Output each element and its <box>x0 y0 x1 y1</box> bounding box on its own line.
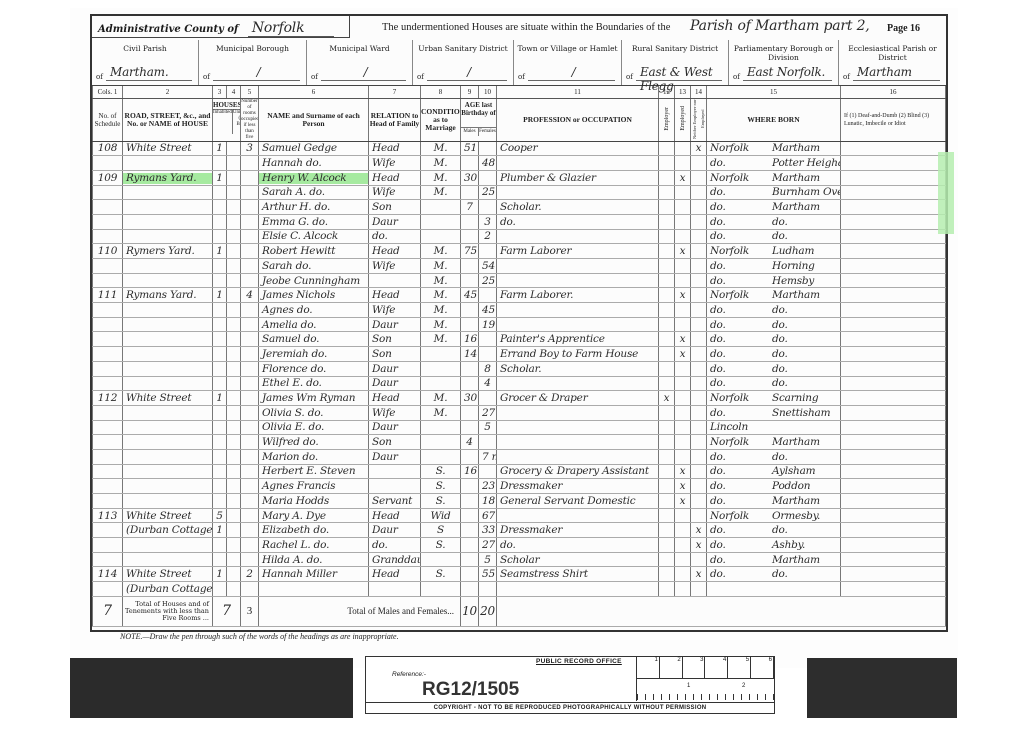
infirmity-cell <box>841 244 946 259</box>
inhabited-cell <box>213 332 227 347</box>
road-cell: White Street <box>123 567 213 582</box>
total-persons-label: Total of Males and Females... <box>259 596 461 626</box>
road-cell: Rymans Yard. <box>123 288 213 303</box>
employer-cell <box>659 494 675 509</box>
name-cell: Hannah do. <box>259 156 369 171</box>
occupation-cell <box>497 185 659 200</box>
neither-cell <box>691 332 707 347</box>
born-place: Aylsham <box>772 465 815 477</box>
rooms-cell <box>241 435 259 450</box>
road-cell <box>123 303 213 318</box>
infirmity-cell <box>841 156 946 171</box>
inhabited-cell <box>213 538 227 553</box>
employed-cell <box>675 259 691 274</box>
road-cell <box>123 435 213 450</box>
where-born-cell: do.Horning <box>707 259 841 274</box>
district-row: Civil Parish of Martham. Municipal Borou… <box>92 40 946 86</box>
name-cell: Elsie C. Alcock <box>259 229 369 244</box>
employer-cell <box>659 214 675 229</box>
table-row: 112White Street1James Wm RymanHeadM.30Gr… <box>93 391 946 406</box>
schedule-cell: 114 <box>93 567 123 582</box>
total-schedules: 7 <box>93 596 123 626</box>
employer-cell <box>659 582 675 597</box>
uninhabited-cell <box>227 214 241 229</box>
uninhabited-cell <box>227 170 241 185</box>
name-cell: Hilda A. do. <box>259 552 369 567</box>
relation-cell: Wife <box>369 185 421 200</box>
age-male-cell <box>461 317 479 332</box>
uninhabited-cell <box>227 376 241 391</box>
name-cell: Sarah do. <box>259 259 369 274</box>
where-born-cell: NorfolkMartham <box>707 435 841 450</box>
infirmity-cell <box>841 420 946 435</box>
born-place: do. <box>772 304 788 316</box>
age-male-cell: 45 <box>461 288 479 303</box>
neither-cell <box>691 244 707 259</box>
name-cell: Rachel L. do. <box>259 538 369 553</box>
born-county: do. <box>710 319 772 331</box>
age-female-cell: 23 <box>479 479 497 494</box>
condition-cell: S. <box>421 494 461 509</box>
infirmity-cell <box>841 214 946 229</box>
relation-cell: Son <box>369 435 421 450</box>
born-county: do. <box>710 363 772 375</box>
inhabited-cell: 1 <box>213 170 227 185</box>
where-born-cell: do.do. <box>707 332 841 347</box>
col-num: 8 <box>421 86 461 98</box>
uninhabited-cell <box>227 567 241 582</box>
age-male-cell <box>461 494 479 509</box>
born-place: Martham <box>772 142 820 154</box>
road-cell <box>123 156 213 171</box>
table-row: 110Rymers Yard.1Robert HewittHeadM.75Far… <box>93 244 946 259</box>
schedule-cell <box>93 523 123 538</box>
col-num: 10 <box>479 86 497 98</box>
condition-cell: M. <box>421 317 461 332</box>
relation-cell: do. <box>369 538 421 553</box>
road-cell <box>123 479 213 494</box>
employed-cell <box>675 582 691 597</box>
district-value: / <box>427 65 507 81</box>
record-office-label: PUBLIC RECORD OFFICE <box>536 658 622 665</box>
page-number: Page 16 <box>887 23 920 34</box>
uninhabited-cell <box>227 361 241 376</box>
born-county: do. <box>710 304 772 316</box>
where-born-cell: do.do. <box>707 523 841 538</box>
born-county: do. <box>710 216 772 228</box>
rooms-cell <box>241 156 259 171</box>
col-num: 16 <box>841 86 946 98</box>
occupation-cell: Dressmaker <box>497 523 659 538</box>
district-value: / <box>528 65 615 81</box>
neither-cell: x <box>691 141 707 156</box>
rooms-cell <box>241 464 259 479</box>
admin-county-label: Administrative County of <box>98 24 238 35</box>
occupation-cell <box>497 449 659 464</box>
neither-cell: x <box>691 538 707 553</box>
born-county: do. <box>710 568 772 580</box>
rooms-cell <box>241 332 259 347</box>
header-employed: Employed <box>675 98 691 141</box>
relation-cell: Daur <box>369 317 421 332</box>
district-value: Martham. <box>106 65 192 81</box>
age-male-cell <box>461 420 479 435</box>
uninhabited-cell <box>227 273 241 288</box>
schedule-cell <box>93 214 123 229</box>
name-cell: James Wm Ryman <box>259 391 369 406</box>
relation-cell: Son <box>369 347 421 362</box>
rooms-cell <box>241 376 259 391</box>
infirmity-cell <box>841 361 946 376</box>
district-value: East & West Flegg <box>636 65 722 81</box>
schedule-cell <box>93 405 123 420</box>
condition-cell: M. <box>421 303 461 318</box>
road-cell <box>123 273 213 288</box>
relation-cell <box>369 582 421 597</box>
road-cell <box>123 361 213 376</box>
age-male-cell: 30 <box>461 391 479 406</box>
table-row: Jeremiah do.Son14Errand Boy to Farm Hous… <box>93 347 946 362</box>
born-place: Poddon <box>772 480 810 492</box>
neither-cell <box>691 464 707 479</box>
born-place: do. <box>772 568 788 580</box>
uninhabited-cell <box>227 303 241 318</box>
inhabited-cell <box>213 376 227 391</box>
table-row: Amelia do.DaurM.19do.do. <box>93 317 946 332</box>
age-female-cell: 27 <box>479 405 497 420</box>
condition-cell <box>421 214 461 229</box>
scan-border-left <box>70 658 353 718</box>
employer-cell <box>659 464 675 479</box>
district-label: Parliamentary Borough or Division <box>729 44 838 62</box>
age-female-cell: 2 <box>479 229 497 244</box>
age-female-cell <box>479 332 497 347</box>
inhabited-cell <box>213 449 227 464</box>
inhabited-cell: 5 <box>213 508 227 523</box>
reference-label: Reference:- <box>392 671 426 678</box>
road-cell <box>123 229 213 244</box>
born-county: do. <box>710 157 772 169</box>
col-num: 15 <box>707 86 841 98</box>
total-females: 20 <box>479 596 497 626</box>
rooms-cell <box>241 538 259 553</box>
condition-cell: M. <box>421 405 461 420</box>
col-num: 11 <box>497 86 659 98</box>
uninhabited-cell <box>227 288 241 303</box>
employer-cell <box>659 170 675 185</box>
age-female-cell: 8 <box>479 361 497 376</box>
district-label: Urban Sanitary District <box>413 44 513 53</box>
condition-cell: M. <box>421 259 461 274</box>
road-cell: (Durban Cottage) <box>123 523 213 538</box>
employed-cell: x <box>675 288 691 303</box>
district-of: of <box>417 73 424 81</box>
born-county: do. <box>710 230 772 242</box>
condition-cell <box>421 361 461 376</box>
road-cell <box>123 464 213 479</box>
neither-cell <box>691 494 707 509</box>
boundary-text: The undermentioned Houses are situate wi… <box>382 22 670 33</box>
born-county: do. <box>710 260 772 272</box>
schedule-cell <box>93 156 123 171</box>
schedule-cell <box>93 420 123 435</box>
ruler-mark: 4 <box>705 657 728 678</box>
employed-cell <box>675 435 691 450</box>
age-female-cell <box>479 435 497 450</box>
where-born-cell: do.Hemsby <box>707 273 841 288</box>
employed-cell: x <box>675 347 691 362</box>
inhabited-cell <box>213 405 227 420</box>
district-rural-sanitary: Rural Sanitary District of East & West F… <box>622 40 729 85</box>
born-county: Norfolk <box>710 436 772 448</box>
table-row: 109Rymans Yard.1Henry W. AlcockHeadM.30P… <box>93 170 946 185</box>
born-county: do. <box>710 348 772 360</box>
occupation-cell: Scholar. <box>497 200 659 215</box>
employer-cell <box>659 141 675 156</box>
rooms-cell <box>241 259 259 274</box>
where-born-cell: do.do. <box>707 449 841 464</box>
age-male-cell: 16 <box>461 464 479 479</box>
born-county: Norfolk <box>710 172 772 184</box>
occupation-cell <box>497 317 659 332</box>
schedule-cell <box>93 479 123 494</box>
admin-county-box: Administrative County of Norfolk <box>92 16 350 38</box>
age-female-cell: 18 <box>479 494 497 509</box>
condition-cell: M. <box>421 170 461 185</box>
inhabited-cell <box>213 317 227 332</box>
name-cell: Florence do. <box>259 361 369 376</box>
col-num: 4 <box>227 86 241 98</box>
born-place: Potter Heigham <box>772 157 841 169</box>
name-cell: Samuel Gedge <box>259 141 369 156</box>
header-inhabited: Inhabited <box>213 110 233 134</box>
rooms-cell <box>241 405 259 420</box>
born-place: do. <box>772 333 788 345</box>
neither-cell <box>691 200 707 215</box>
name-cell: Wilfred do. <box>259 435 369 450</box>
infirmity-cell <box>841 405 946 420</box>
born-place: Martham <box>772 172 820 184</box>
age-male-cell <box>461 303 479 318</box>
born-county: do. <box>710 480 772 492</box>
where-born-cell: NorfolkMartham <box>707 288 841 303</box>
condition-cell: S. <box>421 479 461 494</box>
schedule-cell <box>93 200 123 215</box>
employer-cell <box>659 229 675 244</box>
where-born-cell: do.do. <box>707 376 841 391</box>
employed-cell: x <box>675 464 691 479</box>
relation-cell: Head <box>369 244 421 259</box>
uninhabited-cell <box>227 435 241 450</box>
employed-cell: x <box>675 170 691 185</box>
name-cell: Sarah A. do. <box>259 185 369 200</box>
condition-cell: M. <box>421 244 461 259</box>
district-municipal-borough: Municipal Borough of / <box>199 40 307 85</box>
age-female-cell <box>479 347 497 362</box>
occupation-cell: do. <box>497 538 659 553</box>
occupation-cell: General Servant Domestic <box>497 494 659 509</box>
uninhabited-cell <box>227 141 241 156</box>
employed-cell <box>675 141 691 156</box>
occupation-cell: do. <box>497 214 659 229</box>
neither-cell <box>691 156 707 171</box>
district-of: of <box>843 73 850 81</box>
inhabited-cell: 1 <box>213 523 227 538</box>
age-female-cell: 5 <box>479 552 497 567</box>
neither-cell <box>691 259 707 274</box>
age-male-cell <box>461 508 479 523</box>
ruler-inch-mark: 2 <box>742 683 745 689</box>
col-num: 9 <box>461 86 479 98</box>
schedule-cell <box>93 361 123 376</box>
header-employer-label: Employer <box>663 107 671 131</box>
employer-cell <box>659 420 675 435</box>
header-employed-label: Employed <box>679 106 687 131</box>
employed-cell: x <box>675 332 691 347</box>
schedule-cell <box>93 332 123 347</box>
schedule-cell <box>93 347 123 362</box>
infirmity-cell <box>841 376 946 391</box>
uninhabited-cell <box>227 449 241 464</box>
district-civil-parish: Civil Parish of Martham. <box>92 40 199 85</box>
column-number-row: Cols. 1 2 3 4 5 6 7 8 9 10 11 12 13 14 1… <box>93 86 946 98</box>
condition-cell <box>421 200 461 215</box>
age-female-cell: 5 <box>479 420 497 435</box>
road-cell <box>123 185 213 200</box>
district-urban-sanitary: Urban Sanitary District of / <box>413 40 514 85</box>
rooms-cell: 2 <box>241 567 259 582</box>
born-place: Ormesby. <box>772 510 820 522</box>
occupation-cell <box>497 229 659 244</box>
copyright-notice: COPYRIGHT - NOT TO BE REPRODUCED PHOTOGR… <box>366 702 774 713</box>
occupation-cell <box>497 273 659 288</box>
uninhabited-cell <box>227 508 241 523</box>
schedule-cell <box>93 259 123 274</box>
reference-box: PUBLIC RECORD OFFICE Reference:- RG12/15… <box>365 656 775 714</box>
district-label: Municipal Ward <box>307 44 412 53</box>
condition-cell <box>421 582 461 597</box>
infirmity-cell <box>841 185 946 200</box>
header-where-born: WHERE BORN <box>707 98 841 141</box>
name-cell: Herbert E. Steven <box>259 464 369 479</box>
where-born-cell: do.do. <box>707 347 841 362</box>
schedule-cell <box>93 464 123 479</box>
inhabited-cell <box>213 229 227 244</box>
relation-cell: Head <box>369 141 421 156</box>
district-parliamentary: Parliamentary Borough or Division of Eas… <box>729 40 839 85</box>
neither-cell <box>691 170 707 185</box>
table-row: Agnes FrancisS.23Dressmakerxdo.Poddon <box>93 479 946 494</box>
road-cell <box>123 405 213 420</box>
infirmity-cell <box>841 317 946 332</box>
age-male-cell <box>461 273 479 288</box>
relation-cell: Daur <box>369 523 421 538</box>
employer-cell: x <box>659 391 675 406</box>
born-county: do. <box>710 495 772 507</box>
uninhabited-cell <box>227 420 241 435</box>
employer-cell <box>659 523 675 538</box>
column-header-row: No. of Schedule ROAD, STREET, &c., and N… <box>93 98 946 141</box>
relation-cell: Wife <box>369 303 421 318</box>
road-cell: White Street <box>123 391 213 406</box>
infirmity-cell <box>841 288 946 303</box>
employed-cell <box>675 552 691 567</box>
col-num: Cols. 1 <box>93 86 123 98</box>
ruler-mark: 5 <box>728 657 751 678</box>
inhabited-cell: 1 <box>213 141 227 156</box>
table-row: (Durban Cottage) <box>93 582 946 597</box>
where-born-cell: do.Burnham Overy <box>707 185 841 200</box>
occupation-cell: Farm Laborer. <box>497 288 659 303</box>
neither-cell <box>691 229 707 244</box>
district-label: Municipal Borough <box>199 44 306 53</box>
rooms-cell <box>241 420 259 435</box>
age-male-cell: 7 <box>461 200 479 215</box>
age-female-cell: 3 <box>479 214 497 229</box>
occupation-cell: Scholar. <box>497 361 659 376</box>
schedule-cell: 110 <box>93 244 123 259</box>
condition-cell <box>421 449 461 464</box>
condition-cell <box>421 376 461 391</box>
employer-cell <box>659 244 675 259</box>
employed-cell <box>675 361 691 376</box>
inhabited-cell: 1 <box>213 391 227 406</box>
relation-cell: Daur <box>369 420 421 435</box>
district-of: of <box>203 73 210 81</box>
relation-cell: Head <box>369 170 421 185</box>
schedule-cell <box>93 185 123 200</box>
ruler-mark: 6 <box>751 657 774 678</box>
schedule-cell: 108 <box>93 141 123 156</box>
condition-cell: M. <box>421 156 461 171</box>
schedule-cell <box>93 273 123 288</box>
neither-cell <box>691 582 707 597</box>
table-row: Ethel E. do.Daur4do.do. <box>93 376 946 391</box>
born-county: do. <box>710 201 772 213</box>
inhabited-cell <box>213 303 227 318</box>
condition-cell: M. <box>421 391 461 406</box>
age-female-cell <box>479 288 497 303</box>
occupation-cell <box>497 376 659 391</box>
header-infirmity: If (1) Deaf-and-Dumb (2) Blind (3) Lunat… <box>841 98 946 141</box>
born-county: do. <box>710 465 772 477</box>
inhabited-cell <box>213 347 227 362</box>
condition-cell <box>421 435 461 450</box>
table-row: Hilda A. do.Granddaur5Scholardo.Martham <box>93 552 946 567</box>
employed-cell <box>675 376 691 391</box>
relation-cell <box>369 479 421 494</box>
uninhabited-cell <box>227 582 241 597</box>
employer-cell <box>659 376 675 391</box>
born-county: do. <box>710 377 772 389</box>
district-value: / <box>321 65 406 81</box>
employed-cell <box>675 214 691 229</box>
schedule-cell <box>93 376 123 391</box>
occupation-cell <box>497 405 659 420</box>
born-place: Horning <box>772 260 815 272</box>
where-born-cell: NorfolkMartham <box>707 141 841 156</box>
occupation-cell: Dressmaker <box>497 479 659 494</box>
schedule-cell: 113 <box>93 508 123 523</box>
employed-cell <box>675 229 691 244</box>
neither-cell <box>691 449 707 464</box>
infirmity-cell <box>841 229 946 244</box>
born-place: do. <box>772 319 788 331</box>
header-occupation: PROFESSION or OCCUPATION <box>497 98 659 141</box>
where-born-cell: do.Potter Heigham <box>707 156 841 171</box>
neither-cell <box>691 420 707 435</box>
age-male-cell <box>461 538 479 553</box>
